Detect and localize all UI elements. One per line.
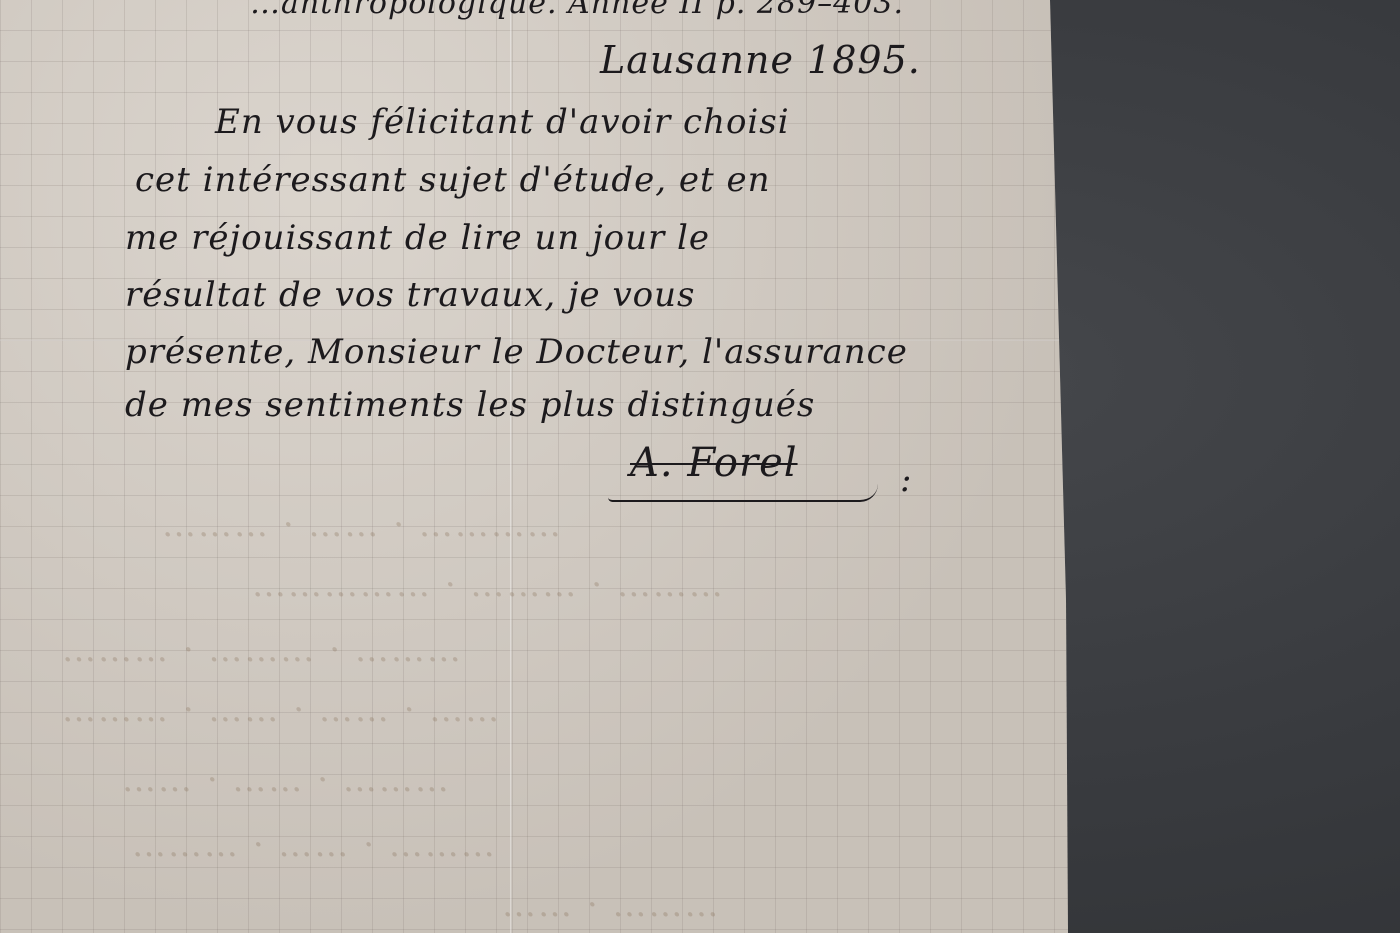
letter-body-line: résultat de vos travaux, je vous (125, 275, 695, 315)
letter-body-line: cet intéressant sujet d'étude, et en (135, 160, 770, 200)
show-through-line: ……… · ……… · …………… (250, 565, 723, 605)
reference-line: …anthropologique. Année II p. 289–403. (250, 0, 904, 21)
signature: A. Forel (630, 440, 798, 486)
signature-flourish (608, 484, 878, 502)
show-through-line: ……… · …… · …… (120, 760, 449, 800)
show-through-line: …… · …… · …… · ……… (60, 690, 499, 730)
show-through-line: ……… · ……… · ……… (60, 630, 461, 670)
letter-body-line: En vous félicitant d'avoir choisi (215, 102, 790, 142)
place-and-date: Lausanne 1895. (600, 38, 921, 82)
letter-paper: ………… · …… · ……… ……… · ……… · …………… ……… · … (0, 0, 1068, 933)
letter-body-line: présente, Monsieur le Docteur, l'assuran… (125, 332, 908, 372)
show-through-line: ………… · …… · ……… (160, 505, 561, 545)
letter-body-line: me réjouissant de lire un jour le (125, 218, 710, 258)
signature-colon: : (900, 460, 912, 500)
show-through-line: ……… · …… · ……… (130, 825, 495, 865)
letter-body-line: de mes sentiments les plus distingués (125, 385, 815, 425)
show-through-line: ……… · …… (500, 885, 718, 925)
